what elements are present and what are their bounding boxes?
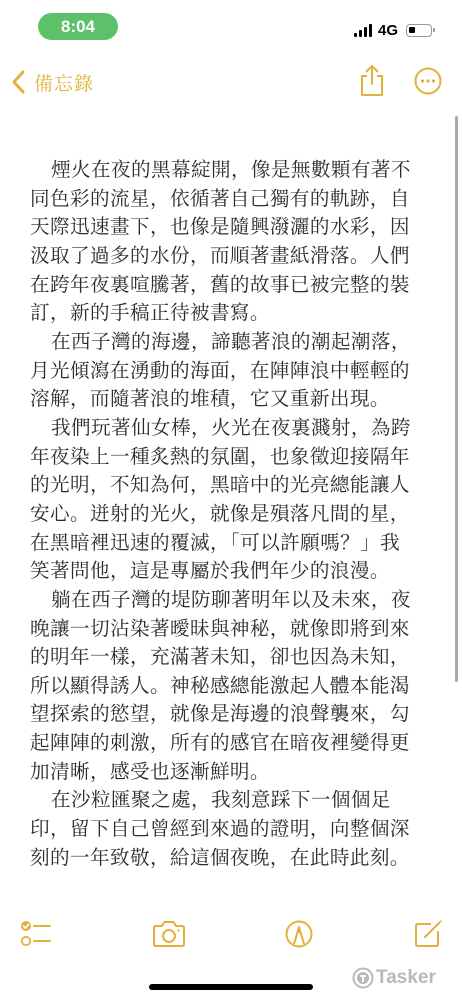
more-button[interactable] bbox=[414, 67, 442, 95]
back-button[interactable]: 備忘錄 bbox=[10, 66, 94, 98]
note-line: 在西子灣的海邊，諦聽著浪的潮起潮落， bbox=[30, 328, 430, 357]
note-line: 訂，新的手稿正待被書寫。 bbox=[30, 299, 430, 328]
note-line: 年夜染上一種炙熱的氛圍，也象徵迎接隔年 bbox=[30, 443, 430, 472]
note-line: 在黑暗裡迅速的覆滅，「可以許願嗎？」我 bbox=[30, 529, 430, 558]
note-line: 安心。迸射的光火，就像是殞落凡間的星， bbox=[30, 500, 430, 529]
markup-button[interactable] bbox=[285, 920, 313, 948]
ellipsis-circle-icon bbox=[414, 67, 442, 95]
note-body[interactable]: 煙火在夜的黑幕綻開，像是無數顆有著不 同色彩的流星，依循著自己獨有的軌跡，自 天… bbox=[30, 156, 430, 872]
note-line: 同色彩的流星，依循著自己獨有的軌跡，自 bbox=[30, 185, 430, 214]
markup-pen-icon bbox=[285, 920, 313, 948]
status-indicators: 4G bbox=[354, 20, 432, 40]
tasker-logo-icon bbox=[352, 967, 374, 989]
note-line: 在跨年夜裏喧騰著，舊的故事已被完整的裝 bbox=[30, 271, 430, 300]
note-line: 起陣陣的刺激，所有的感官在暗夜裡變得更 bbox=[30, 729, 430, 758]
note-line: 溶解，而隨著浪的堆積，它又重新出現。 bbox=[30, 385, 430, 414]
status-time-label: 8:04 bbox=[61, 17, 95, 37]
camera-icon bbox=[152, 920, 186, 948]
note-line: 刻的一年致敬，給這個夜晚，在此時此刻。 bbox=[30, 844, 430, 873]
note-line: 加清晰，感受也逐漸鮮明。 bbox=[30, 758, 430, 787]
compose-button[interactable] bbox=[414, 918, 442, 948]
note-line: 的明年一樣，充滿著未知，卻也因為未知， bbox=[30, 643, 430, 672]
chevron-left-icon bbox=[10, 69, 28, 95]
compose-icon bbox=[414, 918, 442, 948]
network-type: 4G bbox=[378, 22, 398, 39]
note-line: 我們玩著仙女棒，火光在夜裏濺射，為跨 bbox=[30, 414, 430, 443]
note-line: 所以顯得誘人。神秘感總能激起人體本能渴 bbox=[30, 672, 430, 701]
note-line: 望探索的慾望，就像是海邊的浪聲襲來，勾 bbox=[30, 700, 430, 729]
home-indicator[interactable] bbox=[149, 984, 313, 990]
note-line: 笑著問他，這是專屬於我們年少的浪漫。 bbox=[30, 557, 430, 586]
note-line: 天際迅速畫下，也像是隨興潑灑的水彩，因 bbox=[30, 213, 430, 242]
note-line: 晚讓一切沾染著曖昧與神秘，就像即將到來 bbox=[30, 615, 430, 644]
share-icon bbox=[358, 63, 386, 97]
note-line: 月光傾瀉在湧動的海面，在陣陣浪中輕輕的 bbox=[30, 357, 430, 386]
note-line: 躺在西子灣的堤防聊著明年以及未來，夜 bbox=[30, 586, 430, 615]
scroll-indicator[interactable] bbox=[455, 116, 458, 682]
note-line: 的光明，不知為何，黑暗中的光亮總能讓人 bbox=[30, 471, 430, 500]
share-button[interactable] bbox=[358, 63, 386, 97]
camera-button[interactable] bbox=[152, 920, 186, 948]
checklist-button[interactable] bbox=[20, 920, 52, 948]
cellular-signal-icon bbox=[354, 24, 372, 37]
battery-icon bbox=[406, 24, 432, 37]
notes-screen: 8:04 4G 備忘錄 煙火在夜的黑幕綻開，像是無數顆有 bbox=[0, 0, 462, 1000]
note-line: 煙火在夜的黑幕綻開，像是無數顆有著不 bbox=[30, 156, 430, 185]
note-line: 汲取了過多的水份，而順著畫紙滑落。人們 bbox=[30, 242, 430, 271]
status-time[interactable]: 8:04 bbox=[38, 13, 118, 40]
back-label: 備忘錄 bbox=[34, 69, 94, 96]
checklist-icon bbox=[20, 920, 52, 948]
note-line: 在沙粒匯聚之處，我刻意踩下一個個足 bbox=[30, 786, 430, 815]
watermark-text: Tasker bbox=[376, 967, 436, 989]
note-line: 印，留下自己曾經到來過的證明，向整個深 bbox=[30, 815, 430, 844]
watermark: Tasker bbox=[352, 967, 436, 989]
